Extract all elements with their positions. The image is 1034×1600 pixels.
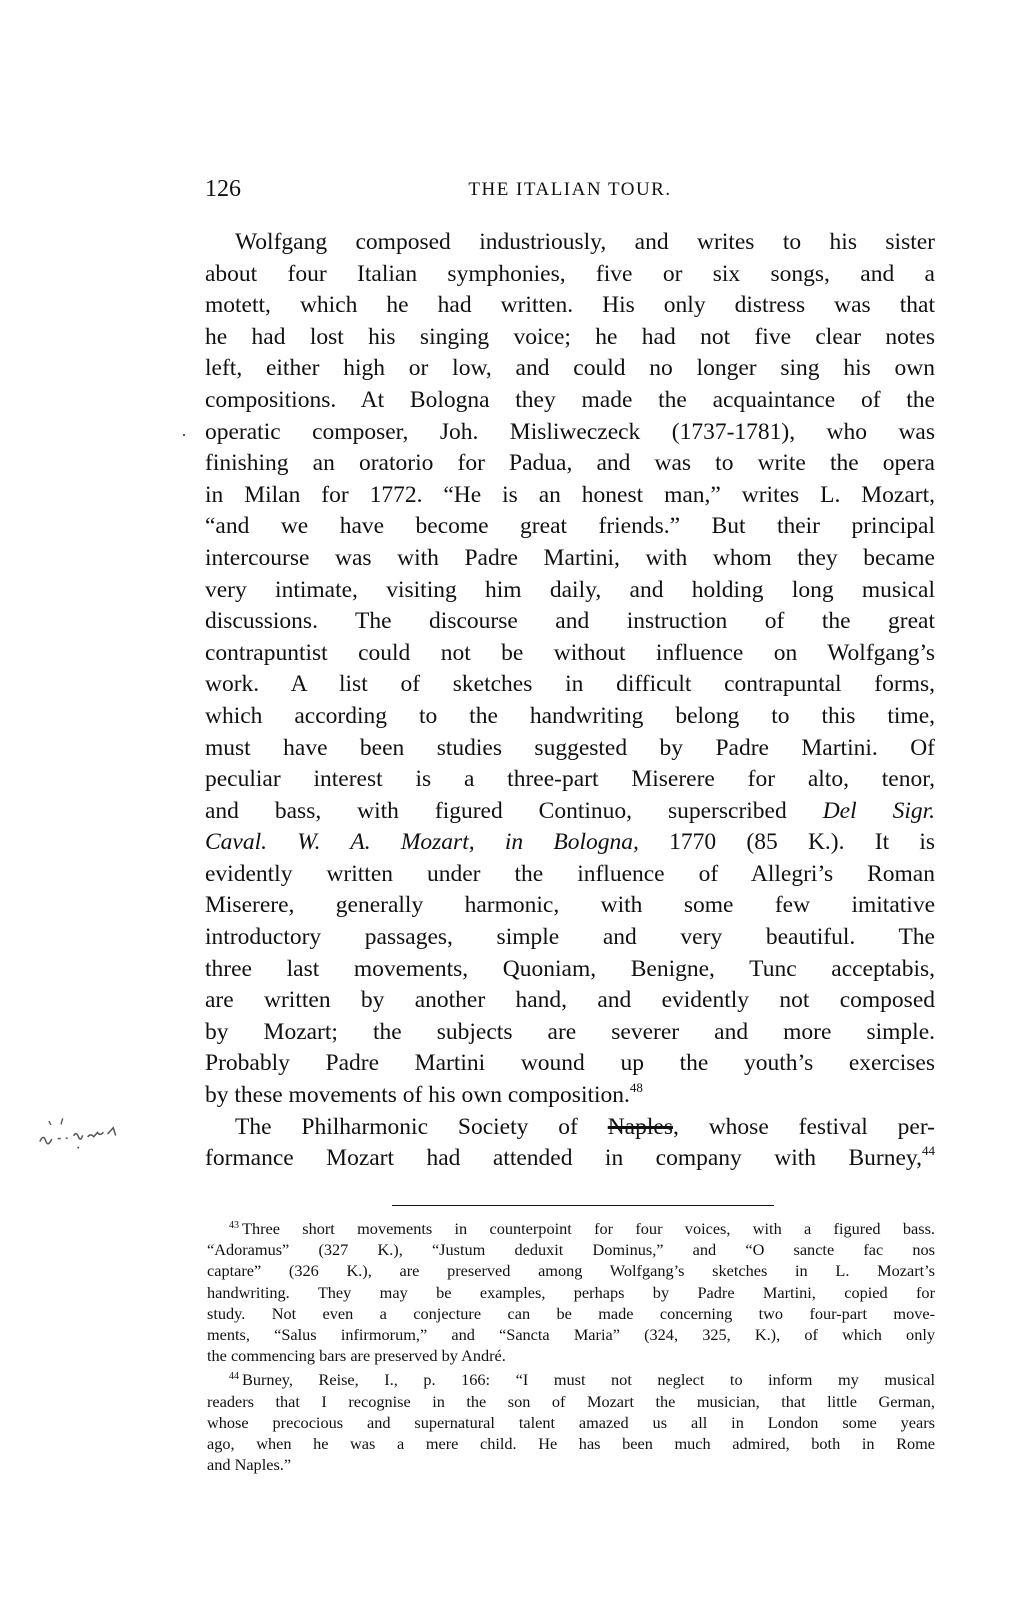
text-line: by these movements of his own compositio… [205,1080,935,1112]
footnote-43-line: “Adoramus” (327 K.), “Justum deduxit Dom… [207,1239,935,1260]
text-line: motett, which he had written. His only d… [205,290,935,322]
text-line: which according to the handwriting belon… [205,701,935,733]
footnote-number: 44 [229,1371,239,1382]
text-line: compositions. At Bologna they made the a… [205,385,935,417]
text-line: are written by another hand, and evident… [205,985,935,1017]
text-line: evidently written under the influence of… [205,859,935,891]
text-line: in Milan for 1772. “He is an honest man,… [205,480,935,512]
text-line: Caval. W. A. Mozart, in Bologna, 1770 (8… [205,827,935,859]
text-line: The Philharmonic Society of Naples, whos… [205,1112,935,1144]
running-head: 126 THE ITALIAN TOUR. [205,176,935,206]
text-line: formance Mozart had attended in company … [205,1143,935,1175]
footnote-44-line: readers that I recognise in the son of M… [207,1391,935,1412]
footnote-ref-43[interactable]: 48 [630,1080,643,1095]
footnote-44-line: and Naples.” [207,1454,935,1475]
text-line: Miserere, generally harmonic, with some … [205,890,935,922]
body-text: Wolfgang composed industriously, and wri… [205,227,935,1175]
footnote-44-line: ago, when he was a mere child. He has be… [207,1433,935,1454]
footnote-44-line: 44Burney, Reise, I., p. 166: “I must not… [207,1369,935,1390]
text-line: Wolfgang composed industriously, and wri… [205,227,935,259]
text-line: and bass, with figured Continuo, supersc… [205,796,935,828]
text-line: he had lost his singing voice; he had no… [205,322,935,354]
footnote-43-line: captare” (326 K.), are preserved among W… [207,1260,935,1281]
text-segment: 1770 (85 K.). It is [669,829,935,855]
text-line: Probably Padre Martini wound up the yout… [205,1048,935,1080]
scribble-icon [37,1108,180,1175]
text-line: must have been studies suggested by Padr… [205,733,935,765]
footnote-text: Three short movements in counterpoint fo… [242,1219,935,1238]
stray-ink-mark [183,434,185,436]
text-line: three last movements, Quoniam, Benigne, … [205,954,935,986]
text-line: operatic composer, Joh. Misliweczeck (17… [205,417,935,449]
text-line: left, either high or low, and could no l… [205,353,935,385]
text-segment: The Philharmonic Society of [235,1114,578,1140]
text-segment: formance Mozart had attended in company … [205,1145,922,1171]
text-line: “and we have become great friends.” But … [205,511,935,543]
handwritten-marginalia [37,1108,180,1175]
footnote-text: Burney, Reise, I., p. 166: “I must not n… [242,1370,935,1389]
text-segment: , whose festival per- [673,1114,935,1140]
italic-superscription: Del Sigr. [823,798,935,824]
text-line: by Mozart; the subjects are severer and … [205,1017,935,1049]
footnote-ref-44[interactable]: 44 [922,1143,935,1158]
footnote-rule [392,1205,774,1206]
text-line: about four Italian symphonies, five or s… [205,259,935,291]
text-line: discussions. The discourse and instructi… [205,606,935,638]
footnote-number: 43 [229,1220,239,1231]
running-title: THE ITALIAN TOUR. [205,179,935,201]
text-segment: by these movements of his own compositio… [205,1082,630,1108]
text-line: very intimate, visiting him daily, and h… [205,575,935,607]
footnote-44-line: whose precocious and supernatural talent… [207,1412,935,1433]
footnote-43-line: study. Not even a conjecture can be made… [207,1303,935,1324]
struck-word: Naples [608,1114,673,1140]
footnote-43-line: handwriting. They may be examples, perha… [207,1282,935,1303]
footnote-43-line: 43Three short movements in counterpoint … [207,1218,935,1239]
footnote-43-line: the commencing bars are preserved by And… [207,1345,935,1366]
text-line: peculiar interest is a three-part Misere… [205,764,935,796]
footnote-43-line: ments, “Salus infirmorum,” and “Sancta M… [207,1324,935,1345]
text-line: contrapuntist could not be without influ… [205,638,935,670]
text-line: intercourse was with Padre Martini, with… [205,543,935,575]
text-line: introductory passages, simple and very b… [205,922,935,954]
text-line: work. A list of sketches in difficult co… [205,669,935,701]
text-line: finishing an oratorio for Padua, and was… [205,448,935,480]
italic-superscription: Caval. W. A. Mozart, in Bologna, [205,829,639,855]
text-segment: and bass, with figured Continuo, supersc… [205,798,787,824]
footnotes: 43Three short movements in counterpoint … [207,1218,935,1475]
book-page: 126 THE ITALIAN TOUR. Wolfgang composed … [0,0,1034,1600]
